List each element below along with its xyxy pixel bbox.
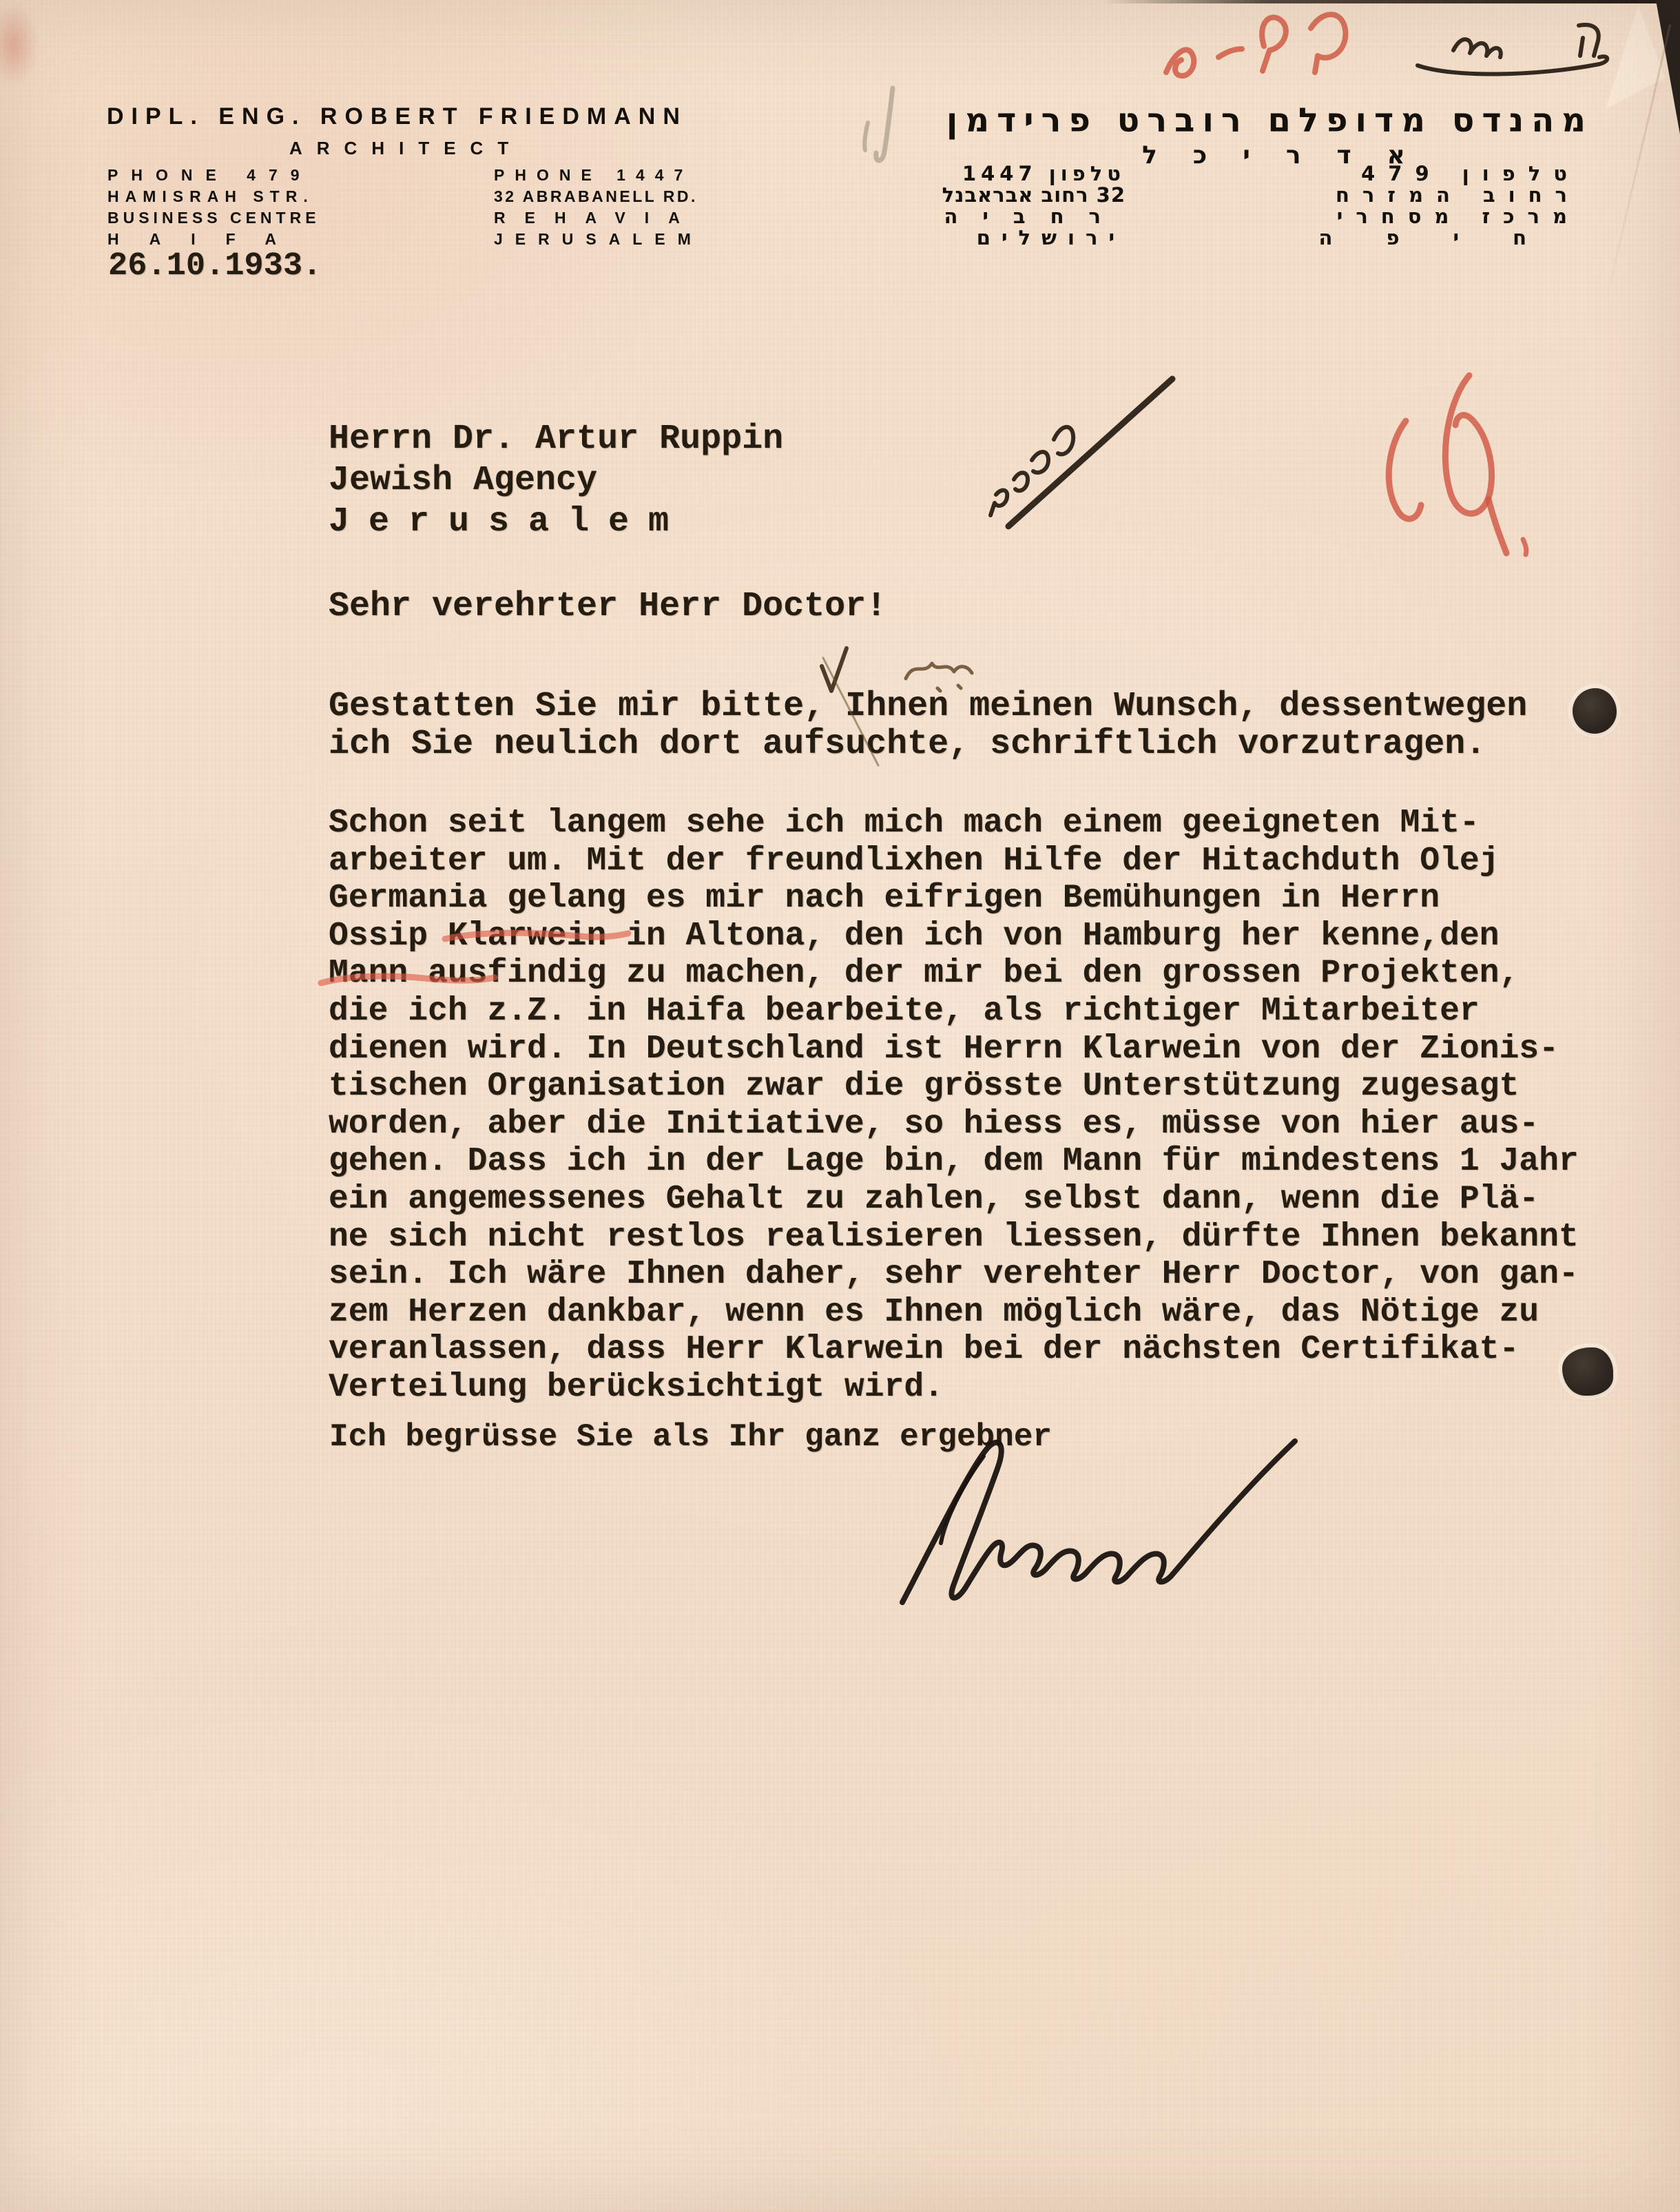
jerusalem-quarter-hebrew: רחביה	[949, 206, 1126, 227]
red-hebrew-scribble-top-right	[1147, 3, 1388, 93]
red-pencil-scribble-middle	[1360, 355, 1533, 561]
salutation: Sehr verehrter Herr Doctor!	[329, 587, 886, 626]
jerusalem-city: JERUSALEM	[494, 229, 703, 250]
body-paragraph-2: Schon seit langem sehe ich mich mach ein…	[329, 805, 1579, 1407]
signature-friedmann	[882, 1426, 1323, 1612]
letterhead-haifa-office: PHONE 479 HAMISRAH STR. BUSINESS CENTRE …	[107, 165, 320, 250]
letterhead-jerusalem-office: PHONE 1447 32 ABRABANELL RD. REHAVIA JER…	[494, 165, 703, 250]
letterhead-title: ARCHITECT	[289, 138, 523, 159]
haifa-city: HAIFA	[107, 229, 320, 250]
letterhead-name-hebrew: מהנדס מדופלם רוברט פרידמן	[949, 101, 1593, 140]
haifa-phone-hebrew: טלפון 479	[1340, 163, 1580, 185]
haifa-street: HAMISRAH STR.	[107, 186, 320, 207]
letter-date: 26.10.1933.	[108, 248, 322, 285]
letterhead-jerusalem-office-hebrew: טלפון 1447 32 רחוב אבראבנל רחביה ירושלים	[949, 163, 1126, 249]
red-underline-ossip-klarwein	[310, 920, 641, 992]
jerusalem-phone: PHONE 1447	[494, 165, 703, 186]
letterhead-name: DIPL. ENG. ROBERT FRIEDMANN	[107, 103, 687, 130]
haifa-street-hebrew: רחוב המזרח	[1340, 185, 1580, 206]
recipient-organization: Jewish Agency	[329, 460, 783, 502]
jerusalem-street-hebrew: 32 רחוב אבראבנל	[949, 185, 1126, 206]
graphite-pencil-mark	[853, 83, 922, 169]
letter-page: DIPL. ENG. ROBERT FRIEDMANN ARCHITECT PH…	[0, 0, 1680, 2212]
haifa-city-hebrew: חיפה	[1340, 227, 1580, 249]
scan-top-edge	[1102, 0, 1660, 3]
haifa-centre-hebrew: מרכז מסחרי	[1340, 206, 1580, 227]
haifa-phone: PHONE 479	[107, 165, 320, 186]
jerusalem-street: 32 ABRABANELL RD.	[494, 186, 703, 207]
recipient-name: Herrn Dr. Artur Ruppin	[329, 419, 783, 460]
recipient-city: Jerusalem	[329, 502, 783, 543]
punch-hole-bottom	[1562, 1347, 1613, 1396]
letterhead-haifa-office-hebrew: טלפון 479 רחוב המזרח מרכז מסחרי חיפה	[1340, 163, 1580, 249]
red-smudge-top-left	[0, 3, 38, 86]
ink-check-mark	[802, 630, 1009, 775]
jerusalem-quarter: REHAVIA	[494, 207, 703, 229]
punch-hole-top	[1573, 688, 1617, 734]
jerusalem-phone-hebrew: טלפון 1447	[949, 163, 1126, 185]
haifa-building: BUSINESS CENTRE	[107, 207, 320, 229]
black-ink-note-middle	[951, 358, 1192, 537]
black-ink-note-top-right	[1405, 10, 1619, 79]
jerusalem-city-hebrew: ירושלים	[949, 227, 1126, 249]
recipient-address: Herrn Dr. Artur Ruppin Jewish Agency Jer…	[329, 419, 783, 543]
